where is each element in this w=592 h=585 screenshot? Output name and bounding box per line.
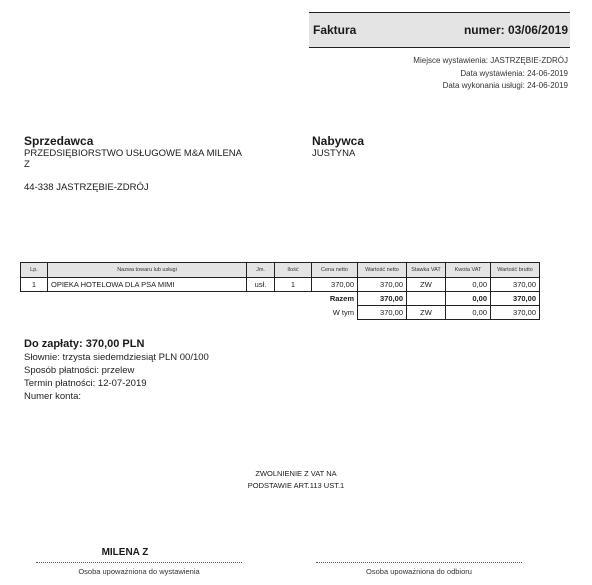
cell-unit: usł. — [247, 278, 275, 292]
seller-name-line2: Z — [24, 159, 284, 170]
col-name: Nazwa towaru lub usługi — [48, 263, 247, 278]
breakdown-vat: 0,00 — [446, 306, 491, 320]
table-header-row: Lp. Nazwa towaru lub usługi Jm. Ilość Ce… — [21, 263, 540, 278]
receiver-signature-line — [316, 562, 522, 563]
issuer-signature-name: MILENA Z — [40, 547, 210, 558]
cell-net: 370,00 — [358, 278, 407, 292]
invoice-number: numer: 03/06/2019 — [464, 23, 568, 37]
vat-exemption-note: ZWOLNIENIE Z VAT NA PODSTAWIE ART.113 US… — [196, 468, 396, 492]
payment-block: Do zapłaty: 370,00 PLN Słownie: trzysta … — [24, 338, 209, 403]
col-qty: Ilość — [275, 263, 312, 278]
cell-name: OPIEKA HOTELOWA DLA PSA MIMI — [48, 278, 247, 292]
seller-name-line1: PRZEDSIĘBIORSTWO USŁUGOWE M&A MILENA — [24, 148, 284, 159]
issue-date: Data wystawienia: 24-06-2019 — [413, 68, 568, 81]
breakdown-row: W tym 370,00 ZW 0,00 370,00 — [21, 306, 540, 320]
total-net: 370,00 — [358, 292, 407, 306]
receiver-signature-caption: Osoba upoważniona do odbioru — [316, 567, 522, 576]
seller-block: Sprzedawca PRZEDSIĘBIORSTWO USŁUGOWE M&A… — [24, 134, 284, 193]
total-gross: 370,00 — [491, 292, 540, 306]
cell-gross: 370,00 — [491, 278, 540, 292]
payment-term: Termin płatności: 12-07-2019 — [24, 377, 209, 390]
breakdown-label: W tym — [312, 306, 358, 320]
account-number: Numer konta: — [24, 390, 209, 403]
amount-in-words: Słownie: trzysta siedemdziesiąt PLN 00/1… — [24, 351, 209, 364]
breakdown-net: 370,00 — [358, 306, 407, 320]
col-lp: Lp. — [21, 263, 48, 278]
seller-title: Sprzedawca — [24, 134, 284, 148]
amount-due: Do zapłaty: 370,00 PLN — [24, 338, 209, 351]
col-gross: Wartość brutto — [491, 263, 540, 278]
service-date: Data wykonania usługi: 24-06-2019 — [413, 80, 568, 93]
breakdown-gross: 370,00 — [491, 306, 540, 320]
total-vat: 0,00 — [446, 292, 491, 306]
buyer-title: Nabywca — [312, 134, 512, 148]
invoice-title: Faktura — [313, 23, 356, 37]
cell-vat: 0,00 — [446, 278, 491, 292]
col-price: Cena netto — [312, 263, 358, 278]
col-net: Wartość netto — [358, 263, 407, 278]
issuer-signature-caption: Osoba upoważniona do wystawienia — [36, 567, 242, 576]
col-unit: Jm. — [247, 263, 275, 278]
col-vat: Kwota VAT — [446, 263, 491, 278]
total-vat-rate — [407, 292, 446, 306]
cell-vat-rate: ZW — [407, 278, 446, 292]
buyer-block: Nabywca JUSTYNA — [312, 134, 512, 159]
note-line2: PODSTAWIE ART.113 UST.1 — [196, 480, 396, 492]
cell-price: 370,00 — [312, 278, 358, 292]
table-row: 1 OPIEKA HOTELOWA DLA PSA MIMI usł. 1 37… — [21, 278, 540, 292]
payment-method: Sposób płatności: przelew — [24, 364, 209, 377]
issue-place: Miejsce wystawienia: JASTRZĘBIE-ZDRÓJ — [413, 55, 568, 68]
note-line1: ZWOLNIENIE Z VAT NA — [196, 468, 396, 480]
cell-lp: 1 — [21, 278, 48, 292]
seller-address: 44-338 JASTRZĘBIE-ZDRÓJ — [24, 182, 284, 193]
total-label: Razem — [312, 292, 358, 306]
issuer-signature-line — [36, 562, 242, 563]
breakdown-vat-rate: ZW — [407, 306, 446, 320]
buyer-name: JUSTYNA — [312, 148, 512, 159]
col-vat-rate: Stawka VAT — [407, 263, 446, 278]
invoice-meta: Miejsce wystawienia: JASTRZĘBIE-ZDRÓJ Da… — [413, 55, 568, 93]
total-row: Razem 370,00 0,00 370,00 — [21, 292, 540, 306]
items-table: Lp. Nazwa towaru lub usługi Jm. Ilość Ce… — [20, 262, 540, 320]
cell-qty: 1 — [275, 278, 312, 292]
